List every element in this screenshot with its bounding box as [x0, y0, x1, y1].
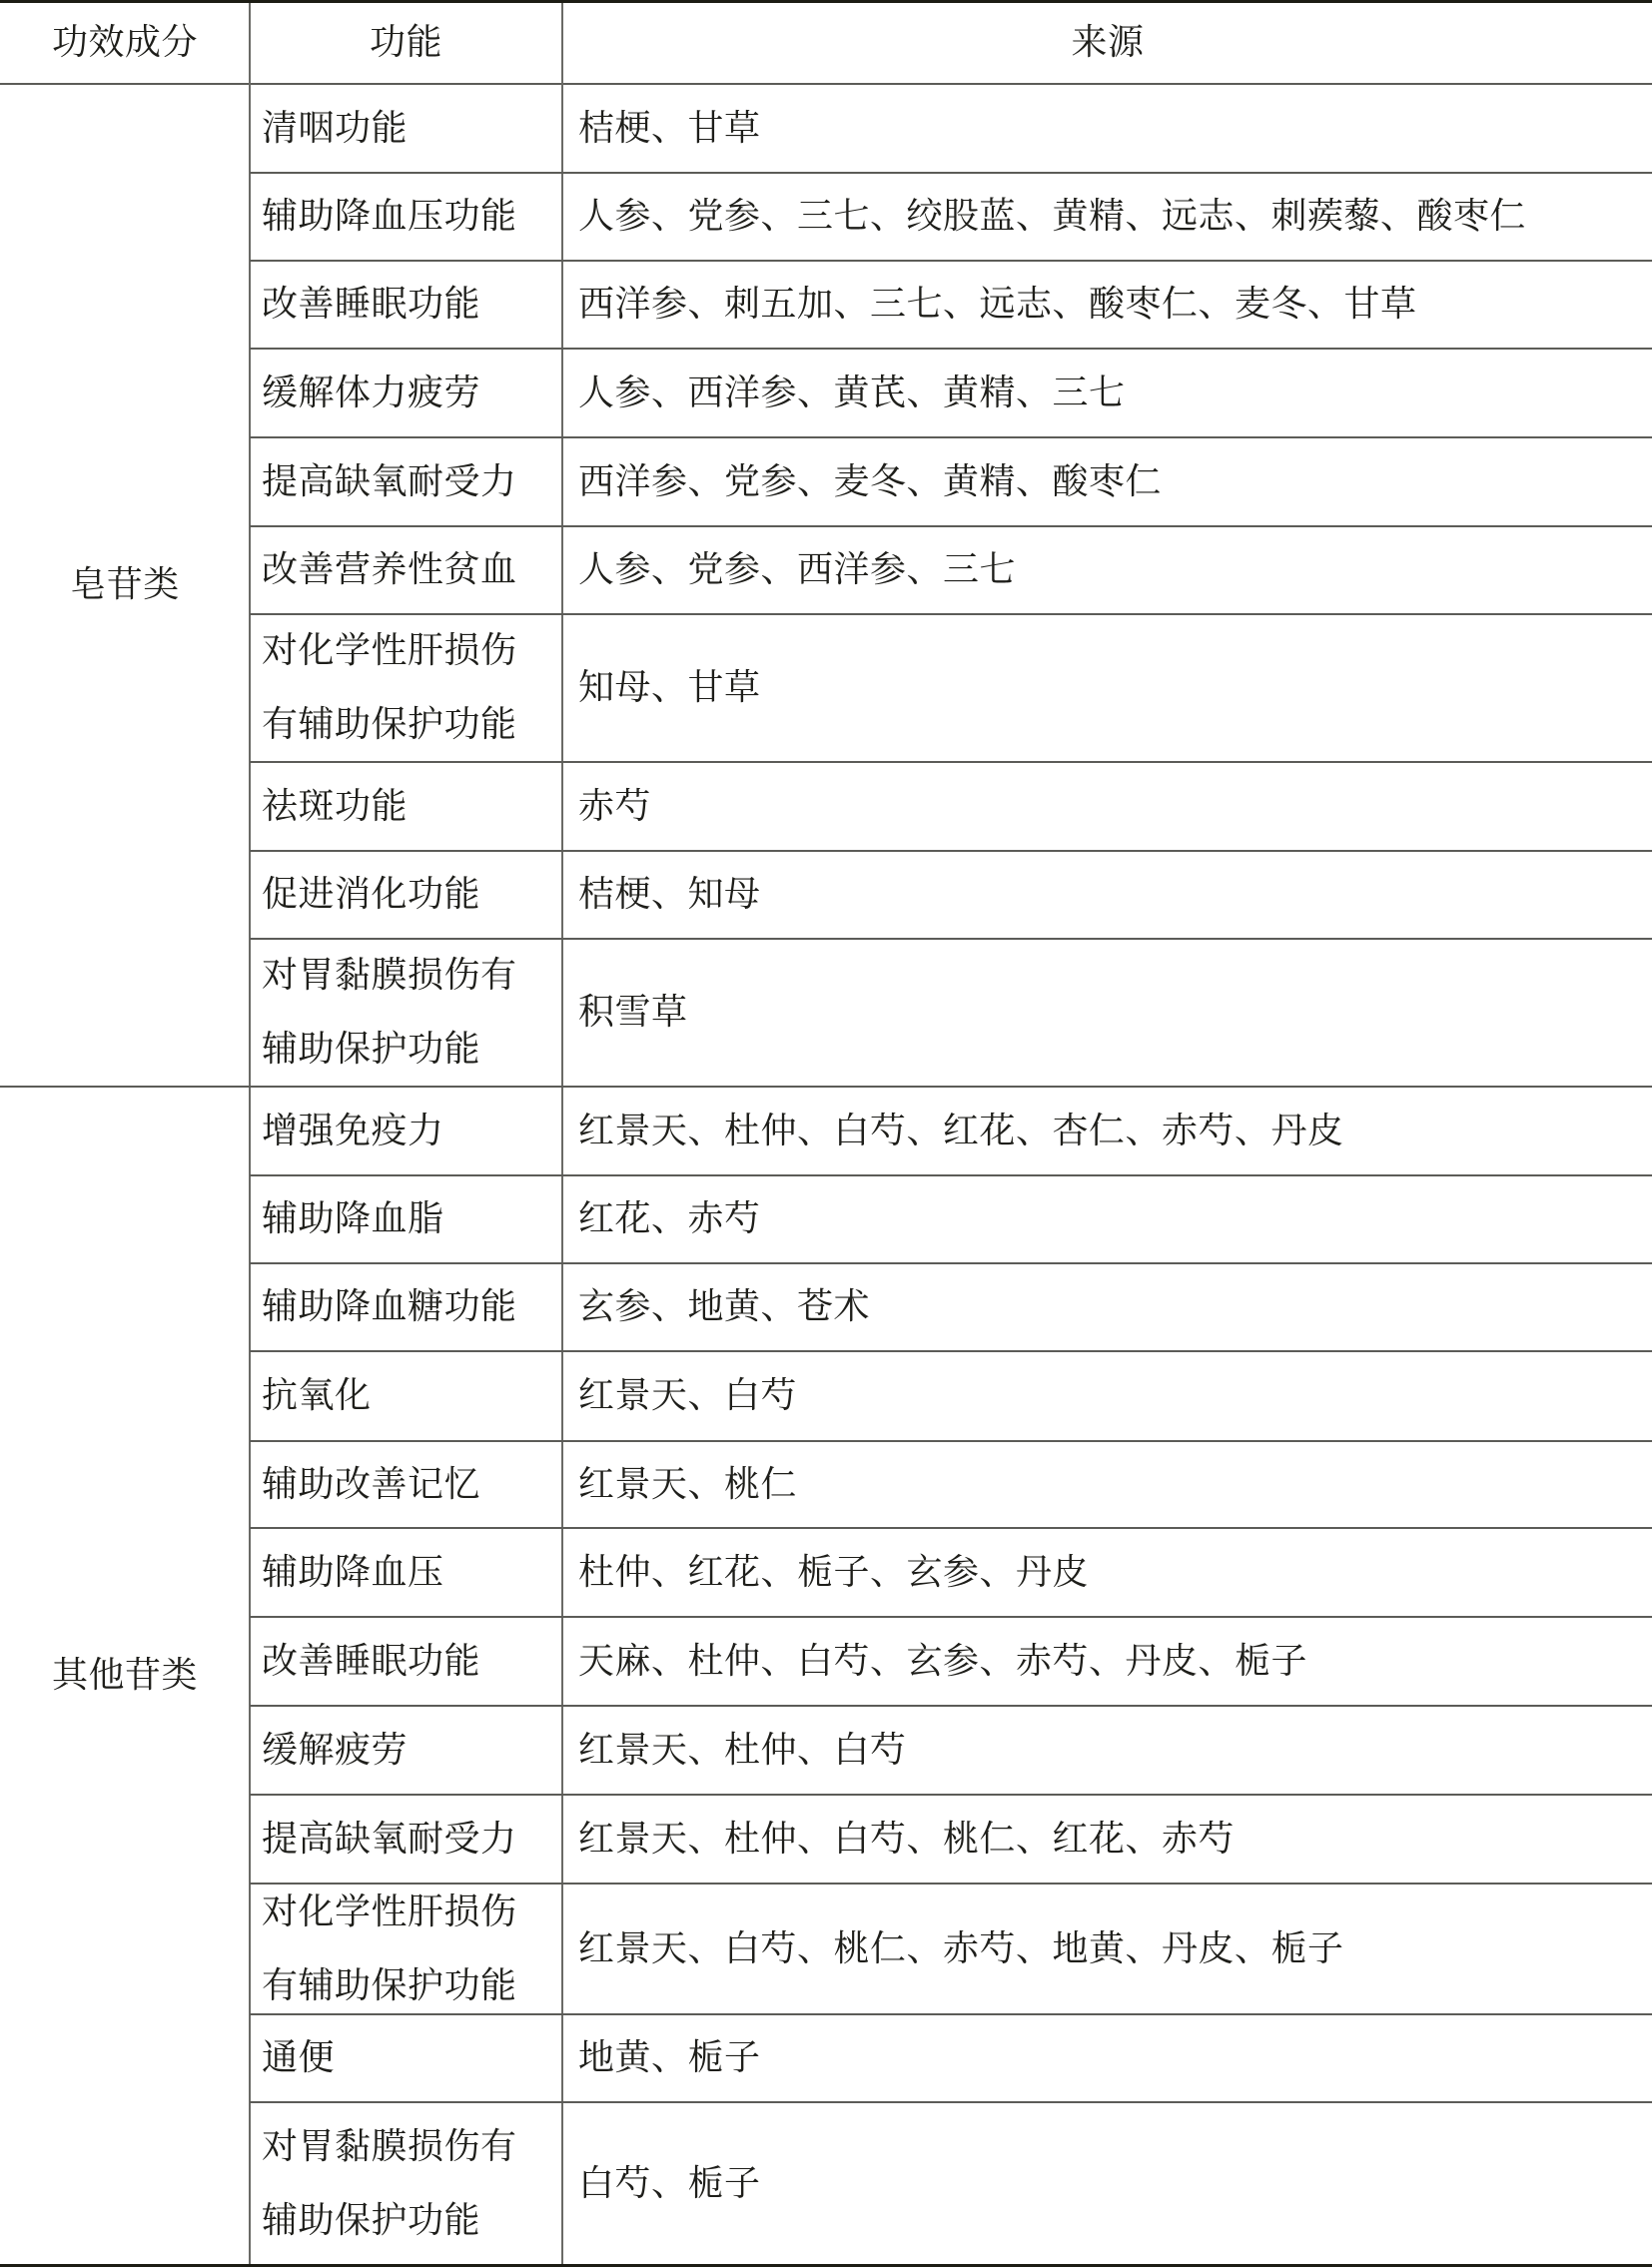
source-text: 知母、甘草 [578, 651, 761, 725]
group-label-saponins: 皂苷类 [0, 85, 250, 1086]
function-text-line-1: 对化学性肝损伤 [262, 1876, 517, 1949]
source-text: 桔梗、甘草 [578, 92, 761, 166]
source-text: 红景天、桃仁 [578, 1448, 797, 1522]
source-text: 红景天、白芍、桃仁、赤芍、地黄、丹皮、栀子 [578, 1912, 1344, 1986]
function-text-line-2: 辅助保护功能 [262, 2184, 480, 2258]
source-text: 赤芍 [578, 770, 651, 844]
source-cell: 红景天、杜仲、白芍、桃仁、红花、赤芍 [564, 1796, 1652, 1883]
source-cell: 杜仲、红花、栀子、玄参、丹皮 [564, 1529, 1652, 1616]
function-cell: 抗氧化 [252, 1352, 562, 1440]
function-text: 辅助改善记忆 [262, 1448, 480, 1522]
source-cell: 人参、党参、三七、绞股蓝、黄精、远志、刺蒺藜、酸枣仁 [564, 174, 1652, 260]
header-function-label: 功能 [370, 6, 442, 80]
function-text: 辅助降血压功能 [262, 180, 517, 254]
header-function: 功能 [251, 3, 561, 83]
function-cell: 改善营养性贫血 [252, 527, 562, 613]
function-cell: 辅助降血压功能 [252, 174, 562, 260]
function-text: 缓解体力疲劳 [262, 357, 480, 430]
function-cell: 清咽功能 [252, 85, 562, 172]
function-cell: 对胃黏膜损伤有 辅助保护功能 [252, 2103, 562, 2264]
function-text: 改善睡眠功能 [262, 1625, 480, 1699]
source-cell: 红景天、杜仲、白芍、红花、杏仁、赤芍、丹皮 [564, 1088, 1652, 1174]
function-text: 提高缺氧耐受力 [262, 445, 517, 519]
function-cell: 对胃黏膜损伤有 辅助保护功能 [252, 940, 562, 1086]
source-cell: 红花、赤芍 [564, 1176, 1652, 1262]
function-cell: 增强免疫力 [252, 1088, 562, 1174]
source-text: 红景天、杜仲、白芍、桃仁、红花、赤芍 [578, 1803, 1235, 1877]
function-cell: 辅助改善记忆 [252, 1442, 562, 1527]
function-text: 祛斑功能 [262, 770, 408, 844]
source-cell: 红景天、白芍、桃仁、赤芍、地黄、丹皮、栀子 [564, 1885, 1652, 2013]
function-text-line-2: 有辅助保护功能 [262, 1949, 517, 2023]
function-cell: 辅助降血糖功能 [252, 1264, 562, 1350]
functional-ingredient-table: 功效成分 功能 来源 皂苷类 清咽功能 桔梗、甘草 辅助降血压功能 人参、党参、… [0, 0, 1652, 2267]
source-cell: 桔梗、知母 [564, 852, 1652, 938]
function-text: 改善睡眠功能 [262, 268, 480, 342]
source-text: 红景天、白芍 [578, 1359, 797, 1433]
function-cell: 通便 [252, 2015, 562, 2101]
source-cell: 天麻、杜仲、白芍、玄参、赤芍、丹皮、栀子 [564, 1618, 1652, 1705]
function-cell: 祛斑功能 [252, 763, 562, 850]
function-text: 辅助降血压 [262, 1536, 444, 1610]
header-source-label: 来源 [1071, 6, 1144, 80]
function-text: 通便 [262, 2021, 335, 2095]
function-text: 改善营养性贫血 [262, 533, 517, 607]
function-cell: 提高缺氧耐受力 [252, 438, 562, 525]
source-cell: 红景天、白芍 [564, 1352, 1652, 1440]
function-text: 清咽功能 [262, 92, 408, 166]
source-cell: 赤芍 [564, 763, 1652, 850]
group-label-other-glycosides: 其他苷类 [0, 1088, 250, 2264]
source-text: 白芍、栀子 [578, 2147, 761, 2221]
function-text: 辅助降血脂 [262, 1182, 444, 1256]
function-cell: 改善睡眠功能 [252, 262, 562, 348]
source-cell: 白芍、栀子 [564, 2103, 1652, 2264]
header-ingredient-label: 功效成分 [52, 6, 198, 80]
group-label-text: 其他苷类 [52, 1639, 198, 1713]
source-text: 积雪草 [578, 976, 688, 1050]
source-cell: 人参、西洋参、黄芪、黄精、三七 [564, 350, 1652, 436]
function-text-line-2: 辅助保护功能 [262, 1013, 480, 1087]
header-source: 来源 [563, 3, 1652, 83]
source-text: 西洋参、刺五加、三七、远志、酸枣仁、麦冬、甘草 [578, 268, 1417, 342]
function-cell: 改善睡眠功能 [252, 1618, 562, 1705]
source-text: 地黄、栀子 [578, 2021, 761, 2095]
source-cell: 地黄、栀子 [564, 2015, 1652, 2101]
source-cell: 积雪草 [564, 940, 1652, 1086]
source-text: 天麻、杜仲、白芍、玄参、赤芍、丹皮、栀子 [578, 1625, 1307, 1699]
function-text: 增强免疫力 [262, 1095, 444, 1168]
function-text: 提高缺氧耐受力 [262, 1803, 517, 1877]
header-ingredient: 功效成分 [0, 3, 250, 83]
function-text: 缓解疲劳 [262, 1714, 408, 1788]
source-cell: 红景天、桃仁 [564, 1442, 1652, 1527]
function-cell: 提高缺氧耐受力 [252, 1796, 562, 1883]
source-cell: 西洋参、党参、麦冬、黄精、酸枣仁 [564, 438, 1652, 525]
source-text: 红景天、杜仲、白芍、红花、杏仁、赤芍、丹皮 [578, 1095, 1344, 1168]
source-text: 人参、西洋参、黄芪、黄精、三七 [578, 357, 1126, 430]
group-label-text: 皂苷类 [70, 548, 180, 622]
function-cell: 缓解疲劳 [252, 1707, 562, 1794]
function-text: 促进消化功能 [262, 858, 480, 932]
source-text: 人参、党参、三七、绞股蓝、黄精、远志、刺蒺藜、酸枣仁 [578, 180, 1526, 254]
source-text: 红景天、杜仲、白芍 [578, 1714, 907, 1788]
source-text: 红花、赤芍 [578, 1182, 761, 1256]
source-cell: 玄参、地黄、苍术 [564, 1264, 1652, 1350]
source-cell: 桔梗、甘草 [564, 85, 1652, 172]
function-text-line-1: 对化学性肝损伤 [262, 614, 517, 688]
source-cell: 知母、甘草 [564, 615, 1652, 761]
function-text: 辅助降血糖功能 [262, 1270, 517, 1344]
function-text: 抗氧化 [262, 1359, 372, 1433]
source-text: 玄参、地黄、苍术 [578, 1270, 870, 1344]
source-text: 西洋参、党参、麦冬、黄精、酸枣仁 [578, 445, 1162, 519]
function-text-line-1: 对胃黏膜损伤有 [262, 2110, 517, 2184]
function-cell: 促进消化功能 [252, 852, 562, 938]
source-cell: 红景天、杜仲、白芍 [564, 1707, 1652, 1794]
function-cell: 对化学性肝损伤 有辅助保护功能 [252, 1885, 562, 2013]
source-text: 杜仲、红花、栀子、玄参、丹皮 [578, 1536, 1089, 1610]
function-cell: 辅助降血压 [252, 1529, 562, 1616]
function-cell: 对化学性肝损伤 有辅助保护功能 [252, 615, 562, 761]
source-text: 人参、党参、西洋参、三七 [578, 533, 1016, 607]
function-cell: 辅助降血脂 [252, 1176, 562, 1262]
source-cell: 西洋参、刺五加、三七、远志、酸枣仁、麦冬、甘草 [564, 262, 1652, 348]
function-text-line-2: 有辅助保护功能 [262, 688, 517, 762]
function-cell: 缓解体力疲劳 [252, 350, 562, 436]
source-cell: 人参、党参、西洋参、三七 [564, 527, 1652, 613]
function-text-line-1: 对胃黏膜损伤有 [262, 939, 517, 1013]
source-text: 桔梗、知母 [578, 858, 761, 932]
